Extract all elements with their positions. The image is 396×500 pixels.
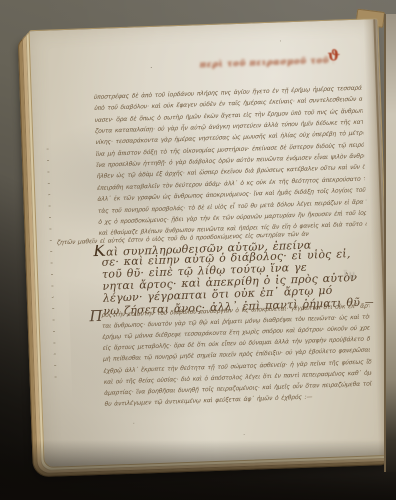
- facing-page-edge: [384, 14, 396, 472]
- quire-mark: ϑ: [327, 47, 340, 63]
- manuscript-page: περὶ τοῦ πειρασμοῦ τοῦ κῦ ἐν τῇ ἐρήμῳ ϑ …: [28, 18, 393, 468]
- floor-shadow: [0, 440, 396, 500]
- rubric-title: περὶ τοῦ πειρασμοῦ τοῦ κῦ ἐν τῇ ἐρήμῳ: [200, 54, 334, 75]
- ink-specks: [29, 31, 30, 32]
- faded-margin-note: ϊμ: [344, 270, 357, 280]
- codex-book: περὶ τοῦ πειρασμοῦ τοῦ κῦ ἐν τῇ ἐρήμῳ ϑ …: [28, 18, 393, 468]
- manuscript-photo: περὶ τοῦ πειρασμοῦ τοῦ κῦ ἐν τῇ ἐρήμῳ ϑ …: [0, 0, 396, 500]
